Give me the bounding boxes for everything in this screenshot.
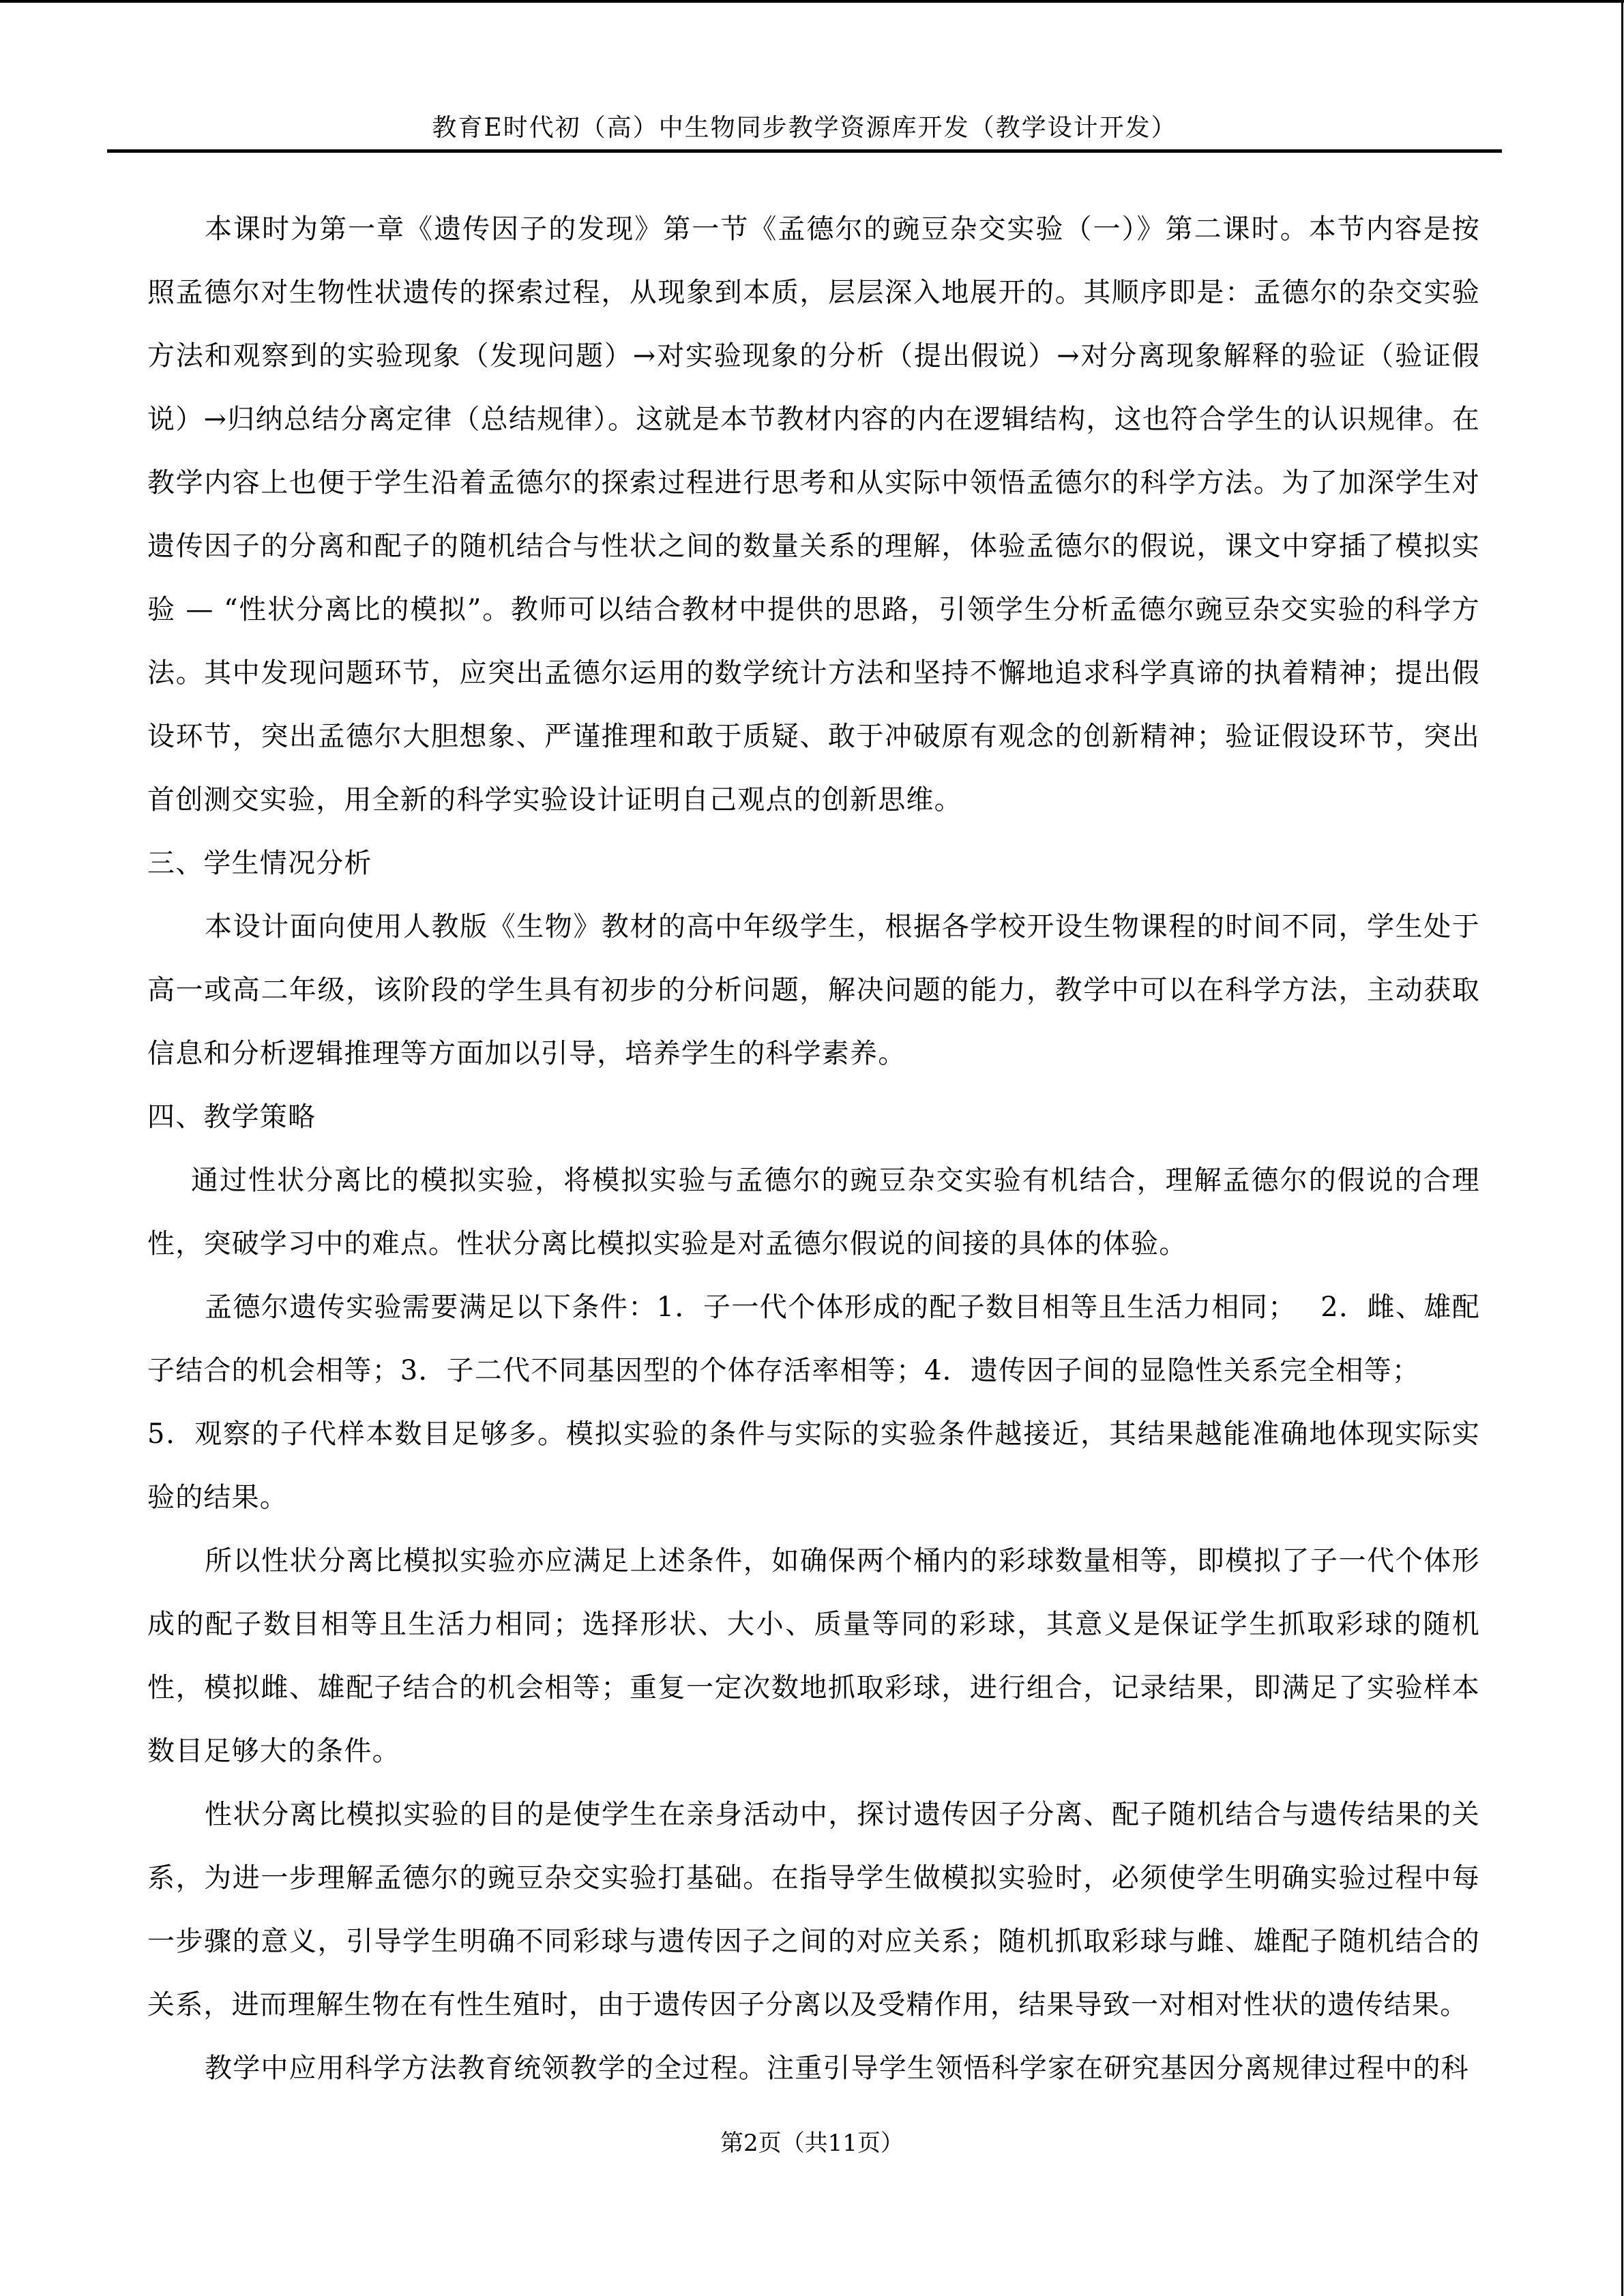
paragraph-textbook-analysis: 本课时为第一章《遗传因子的发现》第一节《孟德尔的豌豆杂交实验（一）》第二课时。本…: [147, 198, 1480, 832]
section-heading-teaching-strategy: 四、教学策略: [147, 1086, 1480, 1149]
paragraph-simulation-purpose: 性状分离比模拟实验的目的是使学生在亲身活动中，探讨遗传因子分离、配子随机结合与遗…: [147, 1783, 1480, 2037]
header-rule: [107, 149, 1502, 153]
paragraph-simulation-intro: 通过性状分离比的模拟实验，将模拟实验与孟德尔的豌豆杂交实验有机结合，理解孟德尔的…: [147, 1149, 1480, 1276]
paragraph-mendel-conditions-cont: 5．观察的子代样本数目足够多。模拟实验的条件与实际的实验条件越接近，其结果越能准…: [147, 1403, 1480, 1530]
document-body: 本课时为第一章《遗传因子的发现》第一节《孟德尔的豌豆杂交实验（一）》第二课时。本…: [147, 198, 1480, 2100]
paragraph-mendel-conditions: 孟德尔遗传实验需要满足以下条件：1．子一代个体形成的配子数目相等且生活力相同； …: [147, 1276, 1480, 1403]
paragraph-student-analysis: 本设计面向使用人教版《生物》教材的高中年级学生，根据各学校开设生物课程的时间不同…: [147, 895, 1480, 1086]
running-header: 教育E时代初（高）中生物同步教学资源库开发（教学设计开发）: [107, 109, 1502, 147]
paragraph-scientific-method: 教学中应用科学方法教育统领教学的全过程。注重引导学生领悟科学家在研究基因分离规律…: [147, 2037, 1480, 2100]
page-border-top: [0, 0, 1624, 3]
paragraph-simulation-conditions: 所以性状分离比模拟实验亦应满足上述条件，如确保两个桶内的彩球数量相等，即模拟了子…: [147, 1530, 1480, 1783]
page-footer: 第2页（共11页）: [0, 2126, 1624, 2160]
page-border-right: [1621, 0, 1623, 2296]
section-heading-student-analysis: 三、学生情况分析: [147, 832, 1480, 895]
